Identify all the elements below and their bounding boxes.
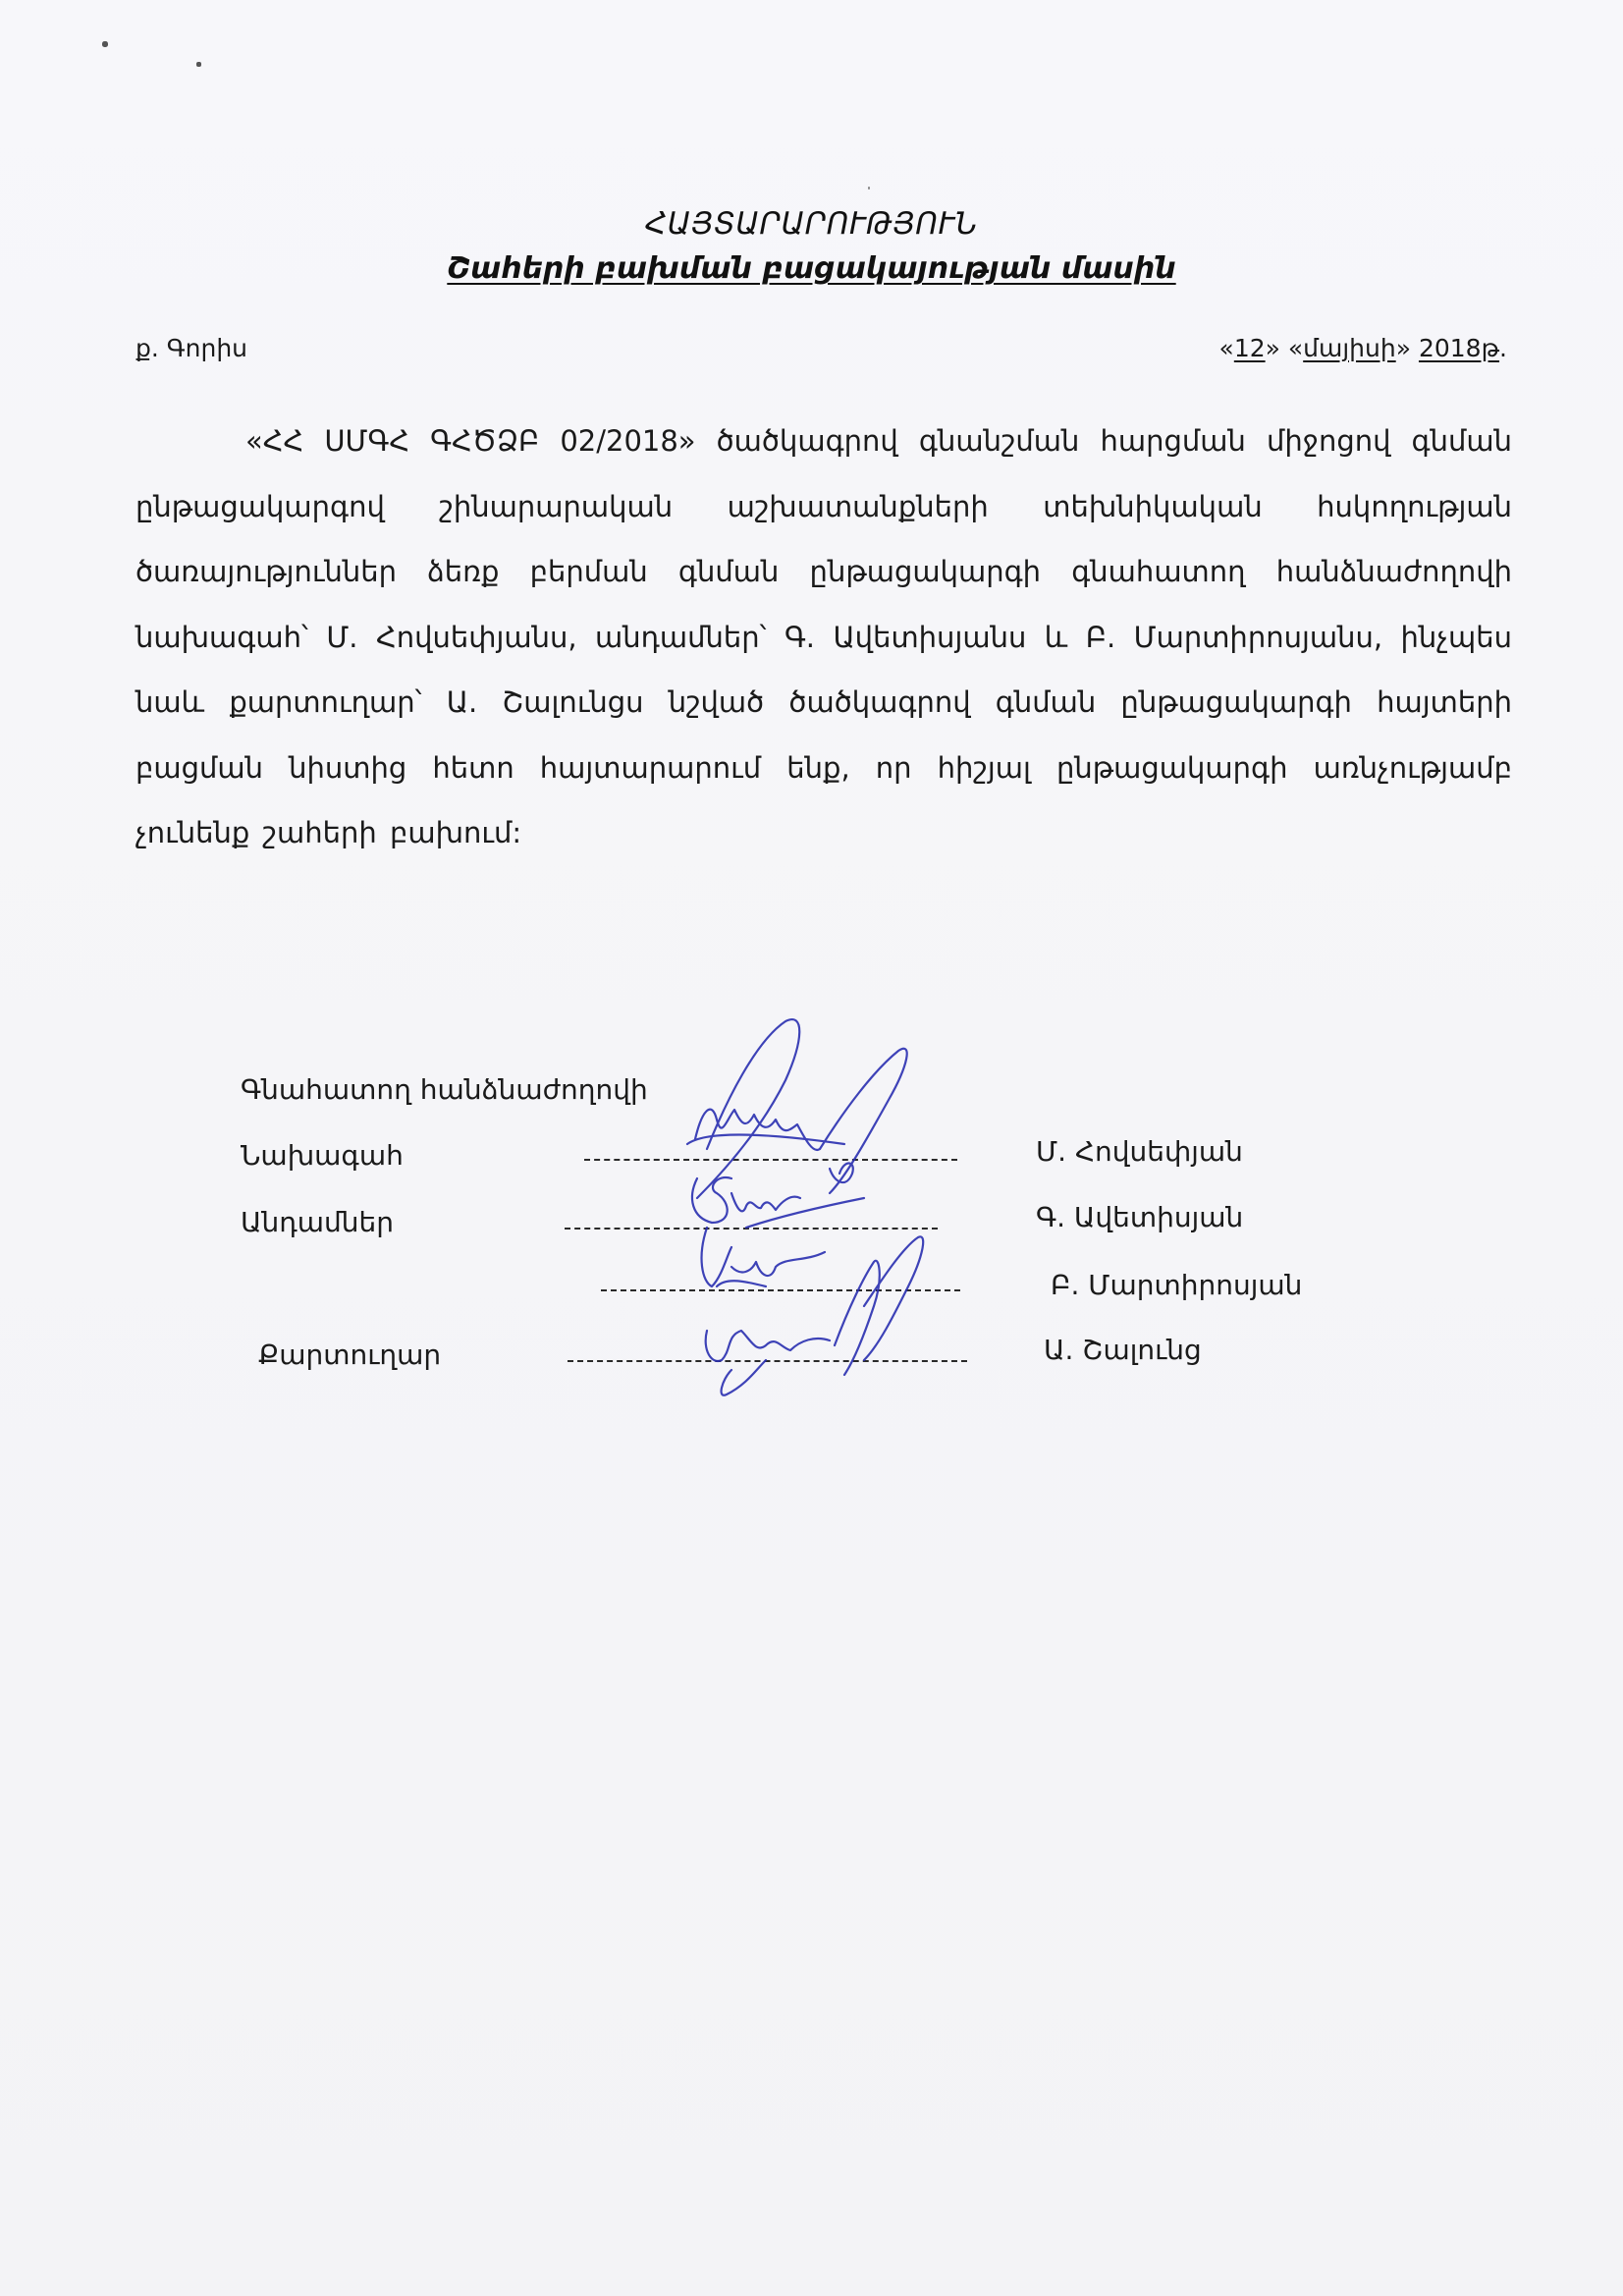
committee-label: Գնահատող հանձնաժողովի [241, 1073, 648, 1106]
signature-line [568, 1360, 967, 1362]
date-quote: « [1288, 334, 1303, 362]
date-month: մայիսի [1303, 334, 1396, 362]
document-title: ՀԱՅՏԱՐԱՐՈՒԹՅՈՒՆ [0, 206, 1623, 242]
document-subtitle: Շահերի բախման բացակայության մասին [0, 251, 1623, 286]
subtitle-text: Շահերի բախման բացակայության մասին [447, 251, 1175, 286]
date: «12» «մայիսի» 2018թ. [1219, 334, 1507, 362]
role-members: Անդամներ [241, 1206, 394, 1238]
document-page: ՀԱՅՏԱՐԱՐՈՒԹՅՈՒՆ Շահերի բախման բացակայութ… [0, 0, 1623, 2296]
date-quote: « [1219, 334, 1234, 362]
name-secretary: Ա. Շալունց [1044, 1334, 1202, 1366]
date-quote: » [1396, 334, 1419, 362]
scan-speck [196, 62, 201, 67]
date-year: 2018թ [1419, 334, 1499, 362]
date-day: 12 [1234, 334, 1266, 362]
place: ք. Գորիս [135, 334, 247, 362]
date-quote: » [1266, 334, 1288, 362]
name-chairman: Մ. Հովսեփյան [1036, 1135, 1243, 1168]
date-suffix: . [1499, 334, 1507, 362]
role-secretary: Քարտուղար [258, 1339, 441, 1371]
scan-speck [102, 41, 108, 47]
role-chairman: Նախագահ [241, 1139, 404, 1172]
scan-speck [868, 187, 870, 190]
signature-line [601, 1289, 960, 1291]
name-member-2: Բ. Մարտիրոսյան [1051, 1269, 1302, 1301]
name-member-1: Գ. Ավետիսյան [1036, 1201, 1243, 1233]
signature-line [584, 1159, 957, 1161]
declaration-body: «ՀՀ ՍՄԳՀ ԳՀԾՁԲ 02/2018» ծածկագրով գնանշմ… [135, 409, 1512, 866]
signature-line [565, 1228, 938, 1230]
